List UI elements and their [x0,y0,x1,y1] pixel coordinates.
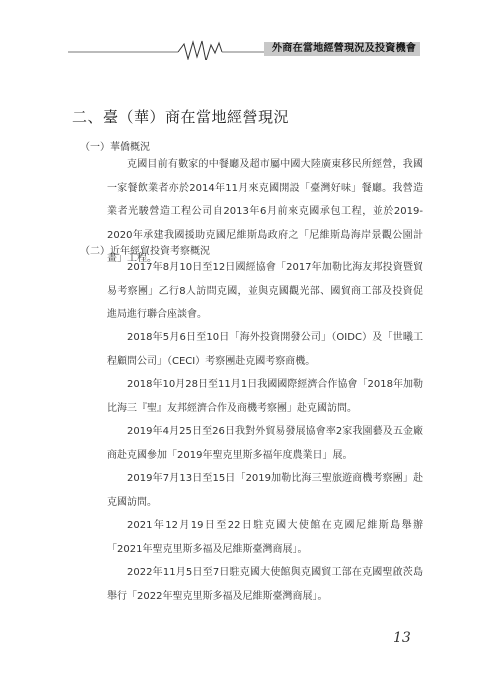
paragraph: 2022年11月5日至7日駐克國大使館與克國貿工部在克國聖啟茨島舉行「2022年… [107,561,423,608]
subsection-heading-overseas-chinese: （一）華僑概況 [80,138,150,153]
page-number: 13 [393,630,411,646]
paragraph: 2019年7月13日至15日「2019加勒比海三聖旅遊商機考察團」赴克國訪問。 [107,467,423,514]
section-title: 二、臺（華）商在當地經營現況 [72,106,289,127]
paragraph: 2018年10月28日至11月1日我國國際經濟合作協會「2018年加勒比海三『聖… [107,373,423,420]
paragraph: 2017年8月10日至12日國經協會「2017年加勒比海友邦投資暨貿易考察團」乙… [107,256,423,327]
subsection-heading-trade-visits: （二）近年經貿投資考察概況 [80,242,210,257]
paragraph: 2019年4月25日至26日我對外貿易發展協會率2家我園藝及五金廠商赴克國參加「… [107,420,423,467]
running-header: 外商在當地經營現況及投資機會 [0,30,480,60]
running-title: 外商在當地經營現況及投資機會 [264,42,420,56]
paragraph: 2021年12月19日至22日駐克國大使館在克國尼維斯島舉辦「2021年聖克里斯… [107,514,423,561]
paragraph: 2018年5月6日至10日「海外投資開發公司」（OIDC）及「世曦工程顧問公司」… [107,326,423,373]
